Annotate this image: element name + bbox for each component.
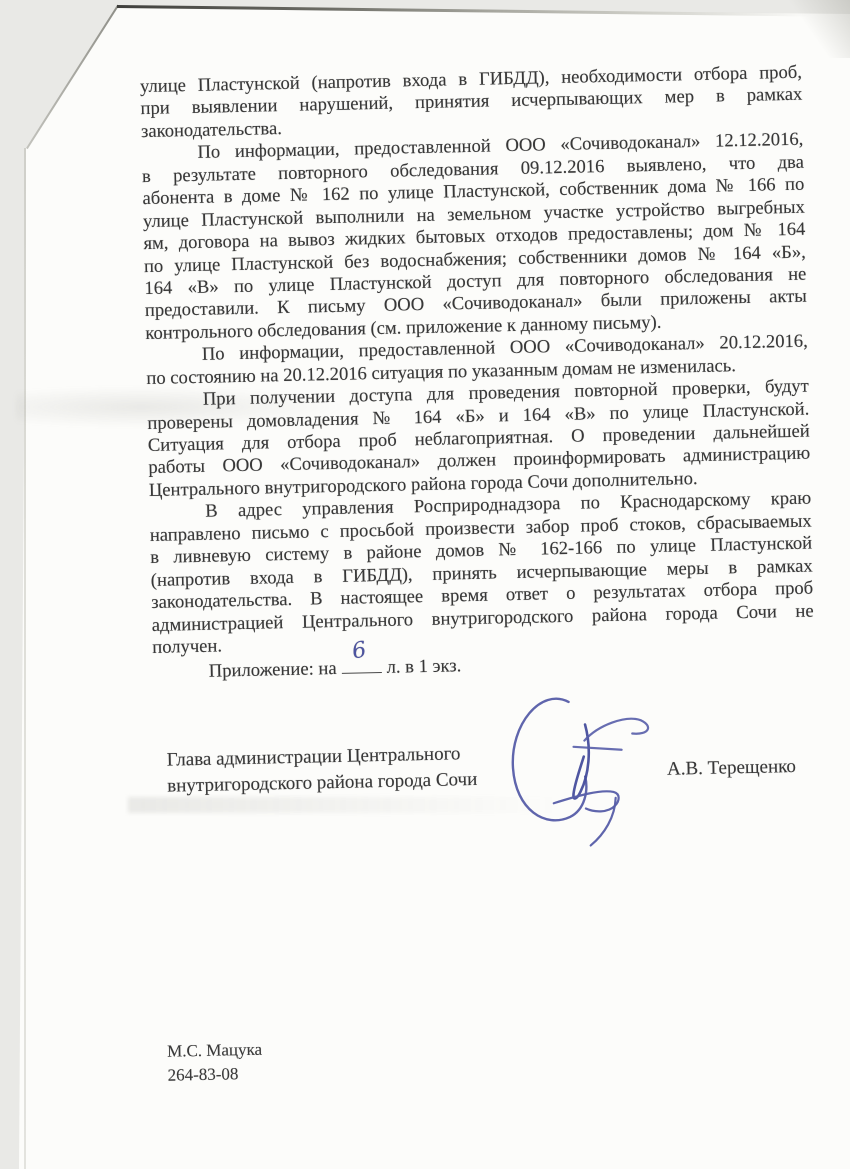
paragraph-repeat-check: При получении доступа для проведения пов… (147, 376, 811, 503)
paragraph-inspection-12-12: По информации, предоставленной ООО «Сочи… (141, 129, 807, 345)
executor-block: М.С. Мацука 264-83-08 (167, 1038, 263, 1087)
handwritten-signature-icon (479, 676, 693, 851)
paragraph-rosprirodnadzor: В адрес управления Росприроднадзора по К… (149, 488, 814, 659)
page-content: улице Пластунской (напротив входа в ГИБД… (0, 0, 850, 1169)
scanned-letter-page: улице Пластунской (напротив входа в ГИБД… (0, 0, 850, 1169)
attachment-count-blank: 6 (341, 657, 381, 674)
signer-title: Глава администрации Центрального внутриг… (166, 740, 527, 799)
executor-phone: 264-83-08 (167, 1061, 263, 1087)
attachment-text-after: л. в 1 экз. (386, 656, 461, 679)
letter-body: улице Пластунской (напротив входа в ГИБД… (140, 62, 815, 685)
signer-name: А.В. Терещенко (667, 756, 796, 781)
attachment-text-before: Приложение: на (209, 658, 337, 682)
executor-name: М.С. Мацука (167, 1038, 263, 1064)
